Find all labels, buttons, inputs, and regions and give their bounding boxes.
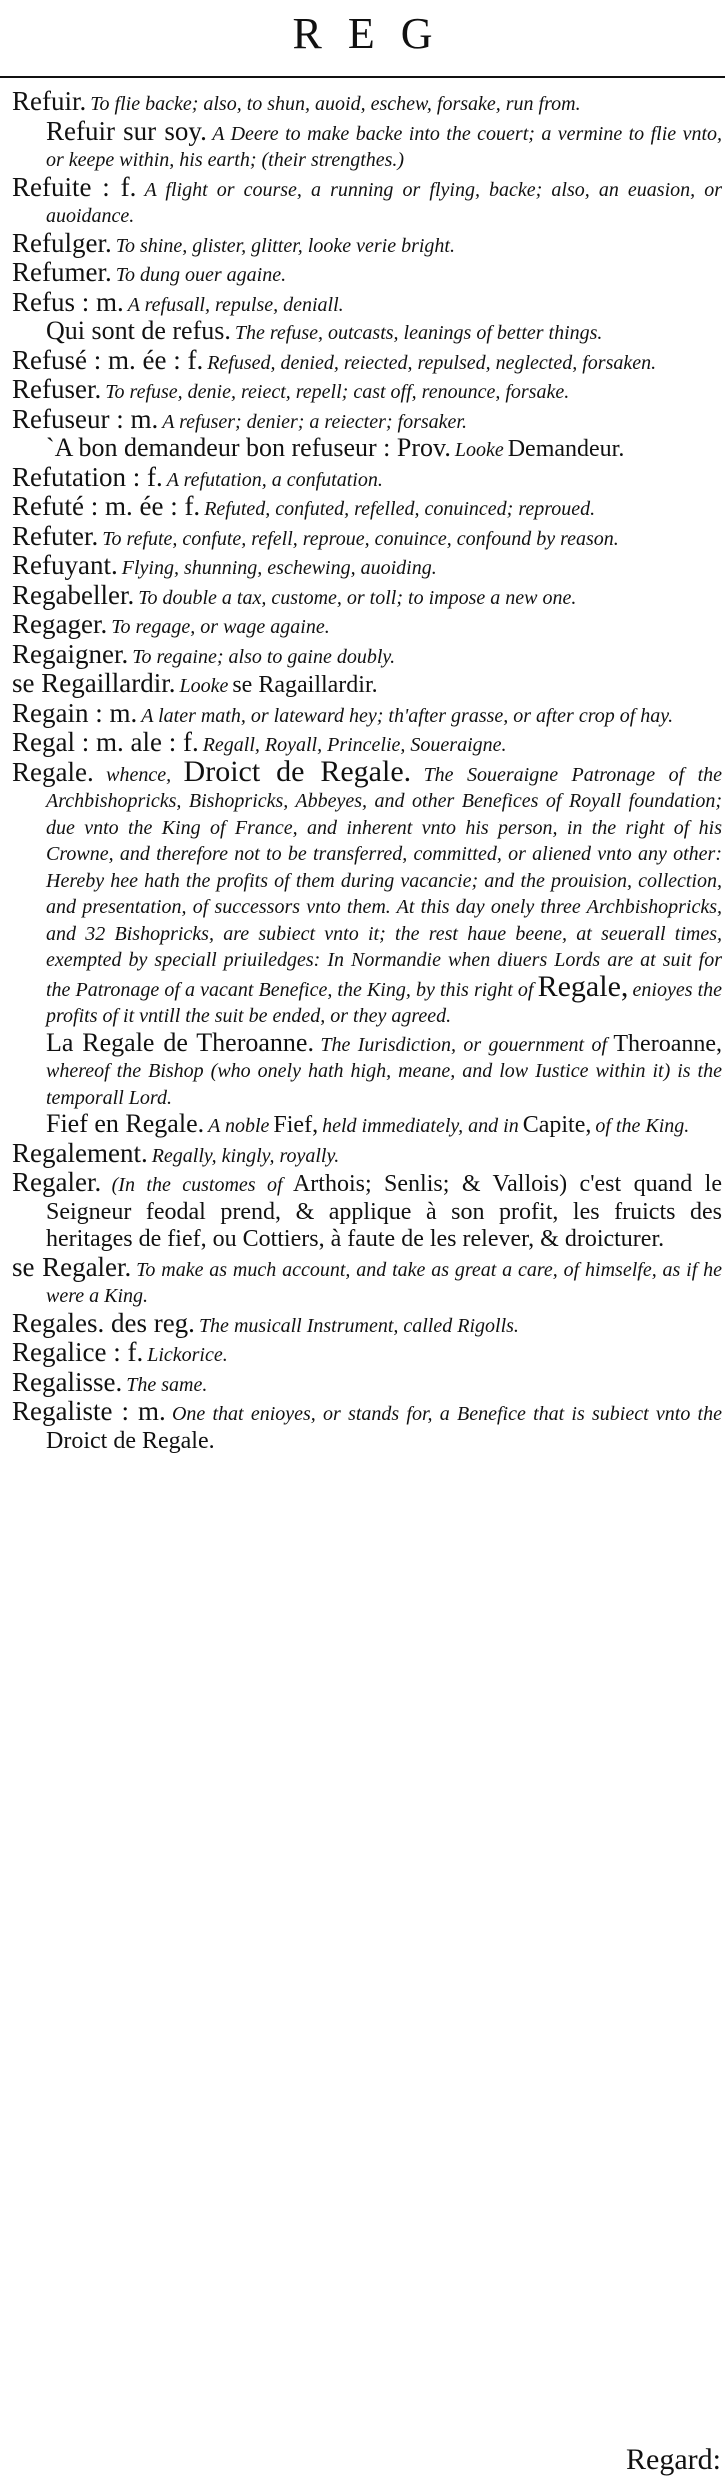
definition: A refusall, repulse, deniall. bbox=[128, 294, 344, 316]
sub-entry: Fief en Regale. A noble Fief, held immed… bbox=[12, 1112, 722, 1141]
headword: Regaliste : m. bbox=[12, 1396, 166, 1426]
sub-entry: `A bon demandeur bon refuseur : Prov. Lo… bbox=[12, 436, 722, 465]
headword: Regain : m. bbox=[12, 698, 137, 728]
header-rule bbox=[0, 76, 725, 78]
definition: of the King. bbox=[595, 1115, 689, 1137]
headword: Regaler. bbox=[12, 1167, 101, 1197]
definition: The Soueraigne Patronage of the Archbish… bbox=[46, 764, 722, 1001]
entry: Regale. whence, Droict de Regale. The So… bbox=[12, 760, 722, 1031]
entry: Refuite : f. A flight or course, a runni… bbox=[12, 175, 722, 231]
term: Droict de Regale. bbox=[46, 1428, 215, 1454]
headword: se Regaillardir. bbox=[12, 668, 175, 698]
headword: Regales. des reg. bbox=[12, 1308, 195, 1338]
definition: To refuse, denie, reiect, repell; cast o… bbox=[105, 381, 569, 403]
entry: Refumer. To dung ouer againe. bbox=[12, 260, 722, 290]
definition: To make as much account, and take as gre… bbox=[46, 1259, 722, 1308]
entry: Refus : m. A refusall, repulse, deniall. bbox=[12, 290, 722, 320]
definition: To dung ouer againe. bbox=[116, 264, 286, 286]
headword: Refuter. bbox=[12, 521, 98, 551]
headword: Regale. bbox=[12, 757, 94, 787]
headword: Refuseur : m. bbox=[12, 404, 158, 434]
term: Fief, bbox=[273, 1112, 318, 1138]
definition: Refused, denied, reiected, repulsed, neg… bbox=[207, 352, 656, 374]
definition: To refute, confute, refell, reproue, con… bbox=[102, 528, 619, 550]
definition: whereof the Bishop (who onely hath high,… bbox=[46, 1060, 722, 1109]
definition: A later math, or lateward hey; th'after … bbox=[141, 705, 673, 727]
entry: Refusé : m. ée : f. Refused, denied, rei… bbox=[12, 348, 722, 378]
definition: To shine, glister, glitter, looke verie … bbox=[116, 235, 455, 257]
definition: Regall, Royall, Princelie, Soueraigne. bbox=[203, 734, 507, 756]
headword: Regalisse. bbox=[12, 1367, 122, 1397]
cross-reference-target: se Ragaillardir. bbox=[232, 672, 377, 698]
definition: A noble bbox=[208, 1115, 269, 1137]
headword: Refuser. bbox=[12, 374, 101, 404]
entry: Regalisse. The same. bbox=[12, 1370, 722, 1400]
definition: The refuse, outcasts, leanings of better… bbox=[235, 322, 603, 344]
entry: Refuyant. Flying, shunning, eschewing, a… bbox=[12, 553, 722, 583]
term: Droict de Regale. bbox=[184, 755, 412, 788]
headword: Refuir. bbox=[12, 86, 86, 116]
definition: held immediately, and in bbox=[322, 1115, 519, 1137]
entry: Refuir. To flie backe; also, to shun, au… bbox=[12, 89, 722, 119]
cross-reference-label: Looke bbox=[455, 439, 504, 461]
cross-reference-target: Demandeur. bbox=[508, 436, 625, 462]
dictionary-entries: Refuir. To flie backe; also, to shun, au… bbox=[12, 89, 722, 1456]
headword: Refuyant. bbox=[12, 550, 118, 580]
headword: Regal : m. ale : f. bbox=[12, 727, 199, 757]
entry: Regales. des reg. The musicall Instrumen… bbox=[12, 1311, 722, 1341]
definition: To regaine; also to gaine doubly. bbox=[132, 646, 395, 668]
headword: Refutation : f. bbox=[12, 462, 163, 492]
catchword: Regard: bbox=[626, 2443, 721, 2477]
definition: The musicall Instrument, called Rigolls. bbox=[199, 1315, 519, 1337]
headword: Refumer. bbox=[12, 257, 112, 287]
definition: To double a tax, custome, or toll; to im… bbox=[138, 587, 576, 609]
cross-reference-label: Looke bbox=[179, 675, 228, 697]
headword: Refusé : m. ée : f. bbox=[12, 345, 203, 375]
definition: The same. bbox=[126, 1374, 207, 1396]
entry: Regain : m. A later math, or lateward he… bbox=[12, 701, 722, 731]
headword: Refuté : m. ée : f. bbox=[12, 491, 200, 521]
headword: Regaigner. bbox=[12, 639, 128, 669]
definition: A refuser; denier; a reiecter; forsaker. bbox=[162, 411, 467, 433]
definition: Regally, kingly, royally. bbox=[152, 1145, 340, 1167]
term: Theroanne, bbox=[613, 1031, 722, 1057]
sub-entry: Refuir sur soy. A Deere to make backe in… bbox=[12, 119, 722, 175]
headword: Regalice : f. bbox=[12, 1337, 143, 1367]
entry: Regabeller. To double a tax, custome, or… bbox=[12, 583, 722, 613]
headword: Qui sont de refus. bbox=[46, 316, 231, 345]
headword: Refuir sur soy. bbox=[46, 116, 207, 146]
definition: A flight or course, a running or flying,… bbox=[46, 179, 722, 228]
definition: Flying, shunning, eschewing, auoiding. bbox=[122, 557, 437, 579]
definition: To flie backe; also, to shun, auoid, esc… bbox=[90, 93, 580, 115]
proverb: `A bon demandeur bon refuseur : Prov. bbox=[46, 433, 451, 462]
term: Capite, bbox=[523, 1112, 592, 1138]
entry: se Regaillardir. Looke se Ragaillardir. bbox=[12, 671, 722, 701]
entry: Refuté : m. ée : f. Refuted, confuted, r… bbox=[12, 494, 722, 524]
page-header: REG bbox=[0, 4, 725, 64]
headword: Refuite : f. bbox=[12, 172, 136, 202]
headword: Regalement. bbox=[12, 1138, 148, 1168]
entry: Refuter. To refute, confute, refell, rep… bbox=[12, 524, 722, 554]
definition: (In the customes of bbox=[112, 1174, 283, 1196]
headword: Regabeller. bbox=[12, 580, 134, 610]
definition: One that enioyes, or stands for, a Benef… bbox=[172, 1403, 722, 1425]
entry: Refuseur : m. A refuser; denier; a reiec… bbox=[12, 407, 722, 437]
entry: Regaigner. To regaine; also to gaine dou… bbox=[12, 642, 722, 672]
headword: Regager. bbox=[12, 609, 107, 639]
definition: Refuted, confuted, refelled, conuinced; … bbox=[204, 498, 595, 520]
entry: Regalice : f. Lickorice. bbox=[12, 1340, 722, 1370]
headword: Fief en Regale. bbox=[46, 1109, 204, 1138]
term: Regale, bbox=[538, 970, 629, 1003]
definition: whence, bbox=[106, 764, 171, 786]
definition: Lickorice. bbox=[147, 1344, 228, 1366]
definition: A refutation, a confutation. bbox=[167, 469, 383, 491]
headword: Refus : m. bbox=[12, 287, 124, 317]
headword: Refulger. bbox=[12, 228, 112, 258]
entry: Refutation : f. A refutation, a confutat… bbox=[12, 465, 722, 495]
entry: Regaler. (In the customes of Arthois; Se… bbox=[12, 1170, 722, 1255]
entry: Regager. To regage, or wage againe. bbox=[12, 612, 722, 642]
entry: Refuser. To refuse, denie, reiect, repel… bbox=[12, 377, 722, 407]
entry: Regaliste : m. One that enioyes, or stan… bbox=[12, 1399, 722, 1456]
headword: La Regale de Theroanne. bbox=[46, 1028, 314, 1057]
definition: The Iurisdiction, or gouernment of bbox=[320, 1034, 607, 1056]
entry: Refulger. To shine, glister, glitter, lo… bbox=[12, 231, 722, 261]
sub-entry: La Regale de Theroanne. The Iurisdiction… bbox=[12, 1031, 722, 1113]
entry: se Regaler. To make as much account, and… bbox=[12, 1255, 722, 1311]
entry: Regalement. Regally, kingly, royally. bbox=[12, 1141, 722, 1171]
headword: se Regaler. bbox=[12, 1252, 131, 1282]
sub-entry: Qui sont de refus. The refuse, outcasts,… bbox=[12, 319, 722, 348]
definition: To regage, or wage againe. bbox=[111, 616, 330, 638]
